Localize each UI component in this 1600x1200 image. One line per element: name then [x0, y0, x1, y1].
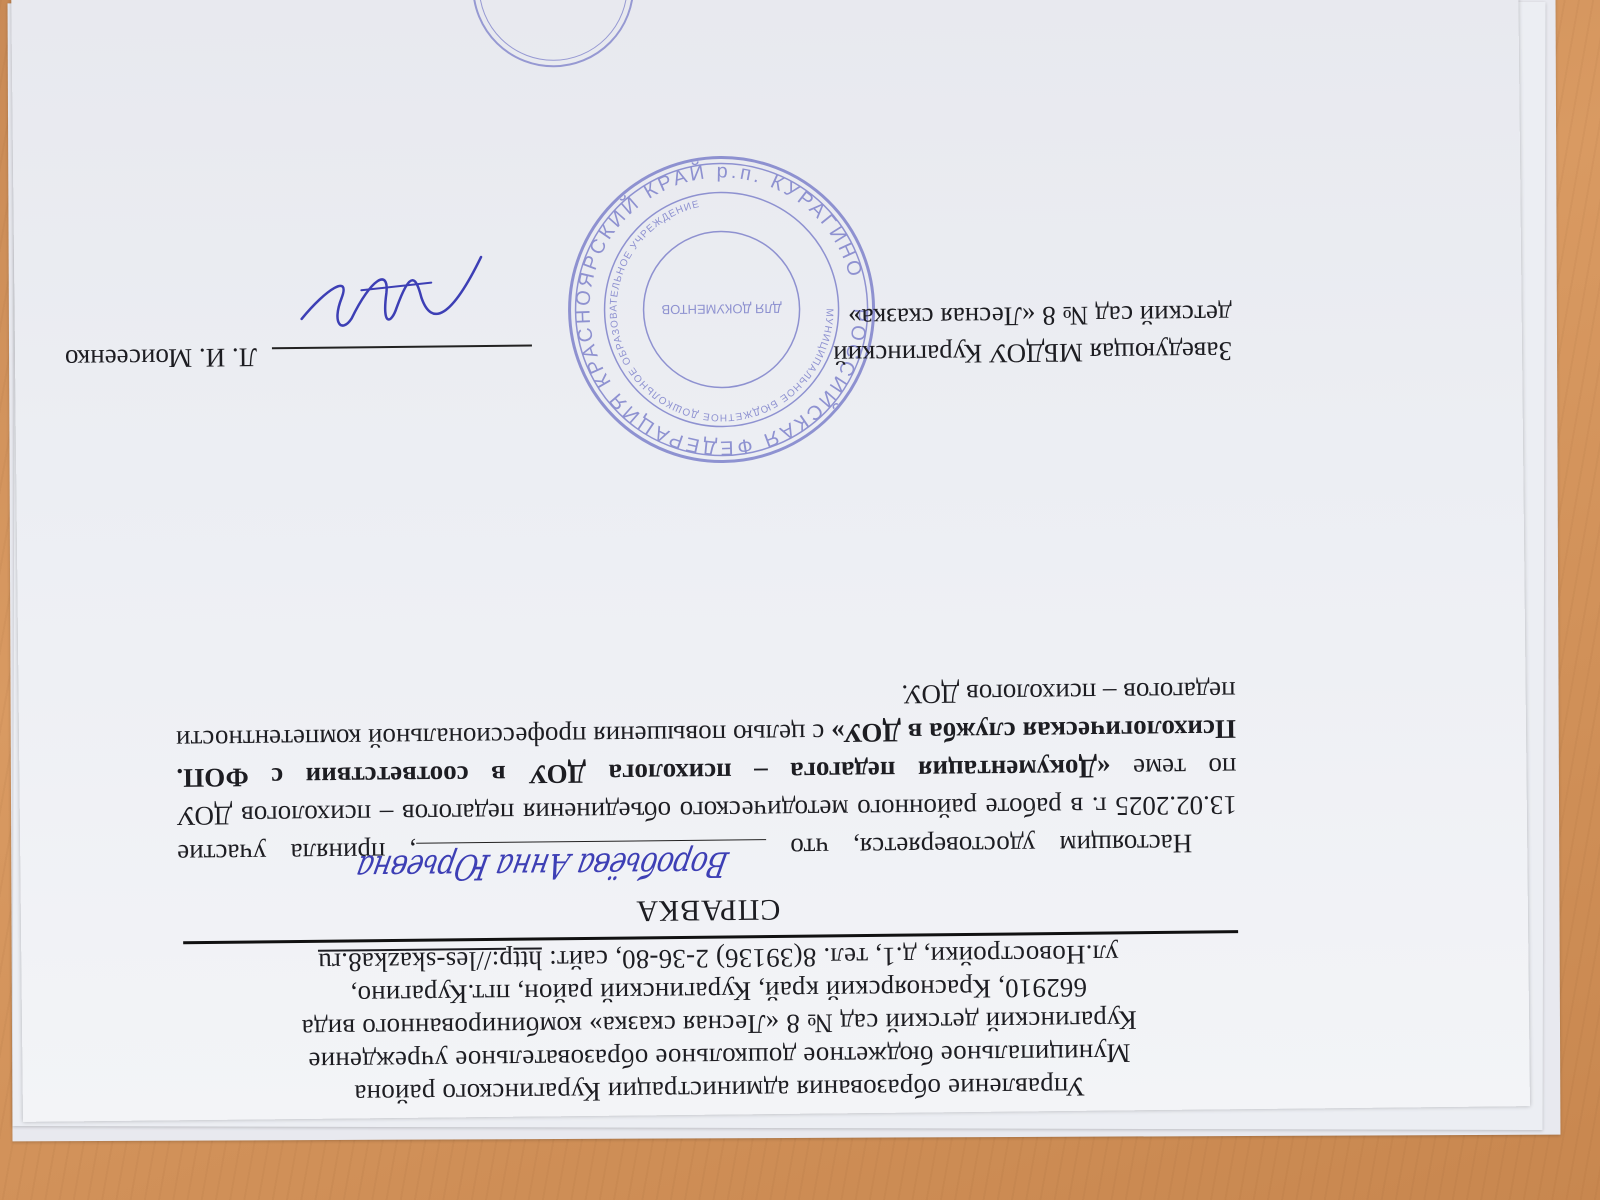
document-title: СПРАВКА [458, 890, 958, 929]
certificate-sheet: Управление образования администрации Кур… [10, 0, 1529, 1122]
certificate-body: Настоящим удостоверяется, что Воробьёва … [175, 672, 1237, 876]
signature-line [272, 345, 532, 349]
participant-name-field: Воробьёва Анна Юрьевна [416, 839, 766, 874]
handwritten-signature-icon [291, 247, 492, 339]
signature-block: Заведующая МБДОУ Курагинский детский сад… [172, 295, 1233, 380]
certificate-paragraph: Настоящим удостоверяется, что Воробьёва … [175, 672, 1237, 876]
website-link[interactable]: http://les-skazka8.ru [318, 945, 542, 977]
signatory-position-line2: детский сад № 8 «Лесная сказка» [711, 295, 1231, 337]
signatory-position-line1: Заведующая МБДОУ Курагинский [712, 332, 1232, 374]
handwritten-participant-name: Воробьёва Анна Юрьевна [352, 839, 777, 891]
letterhead: Управление образования администрации Кур… [218, 936, 1220, 1111]
letterhead-phone: ул.Новостройки, д.1, тел. 8(39136) 2-36-… [542, 939, 1119, 975]
signatory-name: Л. И. Моисеенко [65, 338, 257, 377]
stamp-bleed-through-icon [467, 0, 639, 72]
intro-text: Настоящим удостоверяется, что [790, 829, 1192, 863]
document-photo-rotated: Управление образования администрации Кур… [0, 0, 1600, 1200]
signatory-position: Заведующая МБДОУ Курагинский детский сад… [711, 295, 1232, 374]
